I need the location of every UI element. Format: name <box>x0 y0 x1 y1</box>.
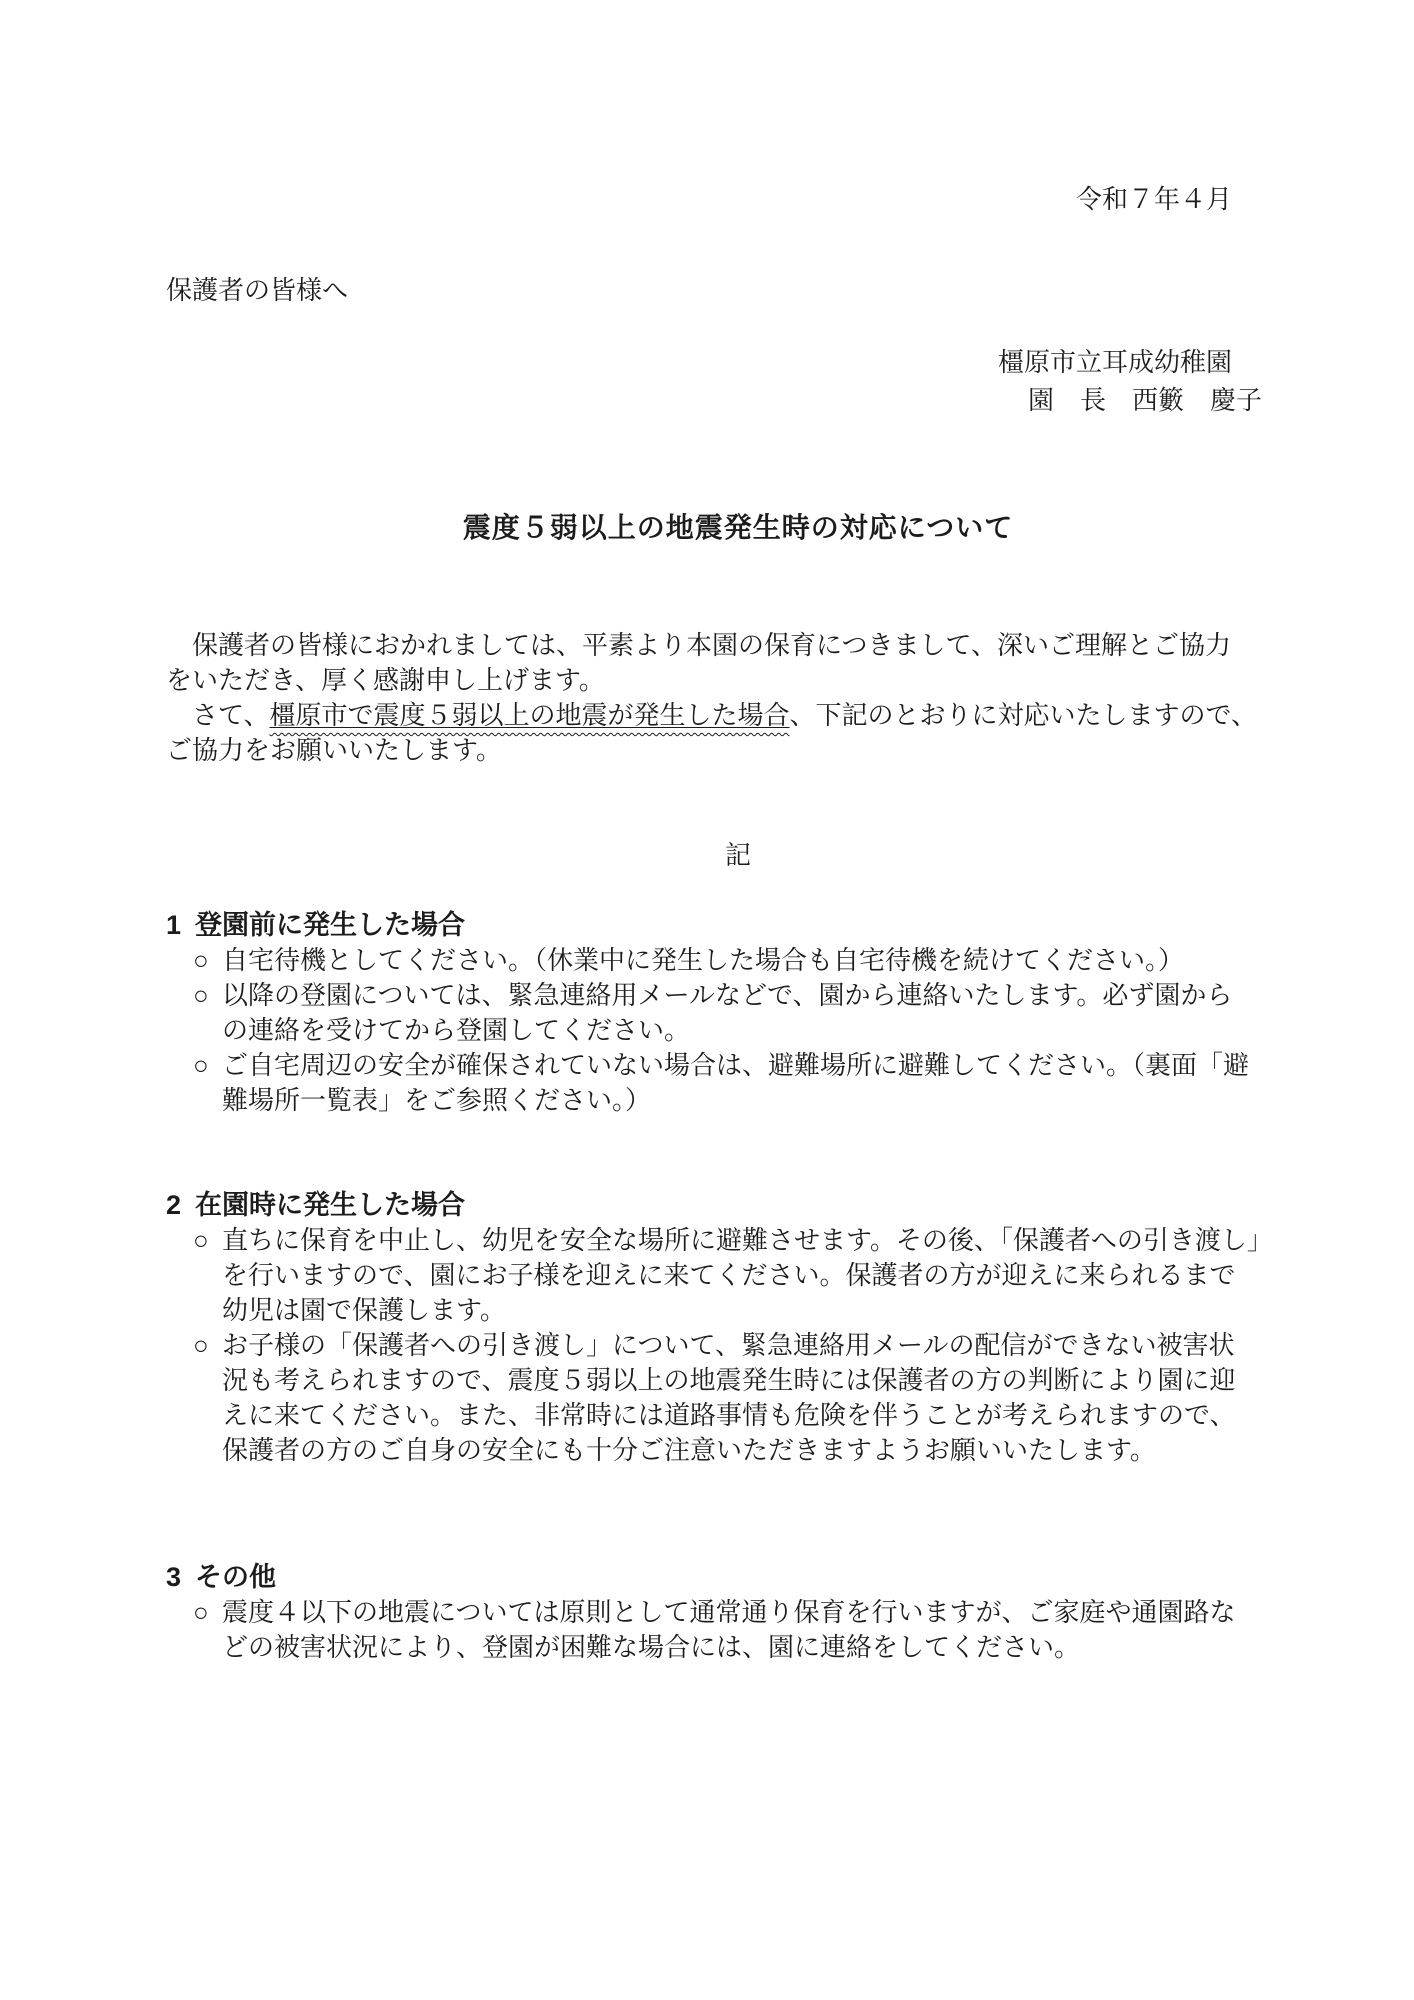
bullet-text: 保護者の方のご自身の安全にも十分ご注意いただきますようお願いいたします。 <box>166 1433 1310 1468</box>
section-heading: 3その他 <box>166 1560 1310 1595</box>
circle-bullet-marker: ○ <box>193 943 222 978</box>
circle-bullet-marker: ○ <box>193 1595 222 1630</box>
bullet-text: 以降の登園については、緊急連絡用メールなどで、園から連絡いたします。必ず園から <box>222 981 1232 1010</box>
section-number: 3 <box>166 1560 195 1595</box>
section-heading: 2在園時に発生した場合 <box>166 1188 1310 1223</box>
bullet-text: 況も考えられますので、震度５弱以上の地震発生時には保護者の方の判断により園に迎 <box>166 1363 1310 1398</box>
date: 令和７年４月 <box>166 182 1310 217</box>
bullet-item: ○以降の登園については、緊急連絡用メールなどで、園から連絡いたします。必ず園から… <box>166 978 1310 1048</box>
record-mark: 記 <box>166 838 1310 873</box>
sender-block: 橿原市立耳成幼稚園 園 長 西籔 慶子 <box>166 344 1310 420</box>
bullet-item: ○お子様の「保護者への引き渡し」について、緊急連絡用メールの配信ができない被害状… <box>166 1328 1310 1468</box>
section-number: 2 <box>166 1188 195 1223</box>
bullet-text: えに来てください。また、非常時には道路事情も危険を伴うことが考えられますので、 <box>166 1398 1310 1433</box>
intro-line: をいただき、厚く感謝申し上げます。 <box>166 663 1310 698</box>
bullet-text: お子様の「保護者への引き渡し」について、緊急連絡用メールの配信ができない被害状 <box>222 1331 1234 1360</box>
intro-line: さて、橿原市で震度５弱以上の地震が発生した場合、下記のとおりに対応いたしますので… <box>166 698 1310 733</box>
intro-text: 、下記のとおりに対応いたしますので、 <box>790 701 1257 730</box>
section-heading-text: 登園前に発生した場合 <box>195 910 465 940</box>
sender-principal: 園 長 西籔 慶子 <box>166 382 1310 420</box>
bullet-text: ご自宅周辺の安全が確保されていない場合は、避難場所に避難してください。（裏面「避 <box>222 1051 1249 1080</box>
intro-text: さて、 <box>166 701 269 730</box>
section-1: 1登園前に発生した場合 ○自宅待機としてください。（休業中に発生した場合も自宅待… <box>166 908 1310 1118</box>
section-heading: 1登園前に発生した場合 <box>166 908 1310 943</box>
page-title: 震度５弱以上の地震発生時の対応について <box>166 508 1310 548</box>
recipient: 保護者の皆様へ <box>166 273 1310 308</box>
bullet-item: ○自宅待機としてください。（休業中に発生した場合も自宅待機を続けてください。） <box>166 943 1310 978</box>
wavy-underlined-phrase: 橿原市で震度５弱以上の地震が発生した場合 <box>269 701 789 730</box>
intro-line: ご協力をお願いいたします。 <box>166 733 1310 768</box>
bullet-text: 幼児は園で保護します。 <box>166 1293 1310 1328</box>
section-number: 1 <box>166 908 195 943</box>
circle-bullet-marker: ○ <box>193 1048 222 1083</box>
document-page: 令和７年４月 保護者の皆様へ 橿原市立耳成幼稚園 園 長 西籔 慶子 震度５弱以… <box>0 0 1414 2000</box>
sender-organization: 橿原市立耳成幼稚園 <box>166 344 1310 382</box>
circle-bullet-marker: ○ <box>193 978 222 1013</box>
circle-bullet-marker: ○ <box>193 1328 222 1363</box>
intro-paragraphs: 保護者の皆様におかれましては、平素より本園の保育につきまして、深いご理解とご協力… <box>166 628 1310 768</box>
circle-bullet-marker: ○ <box>193 1223 222 1258</box>
bullet-text: 直ちに保育を中止し、幼児を安全な場所に避難させます。その後、「保護者への引き渡し… <box>222 1226 1273 1255</box>
bullet-text: どの被害状況により、登園が困難な場合には、園に連絡をしてください。 <box>166 1630 1310 1665</box>
section-heading-text: 在園時に発生した場合 <box>195 1190 465 1220</box>
section-3: 3その他 ○震度４以下の地震については原則として通常通り保育を行いますが、ご家庭… <box>166 1560 1310 1665</box>
bullet-text: 自宅待機としてください。（休業中に発生した場合も自宅待機を続けてください。） <box>222 946 1184 975</box>
section-heading-text: その他 <box>195 1562 276 1592</box>
bullet-text: の連絡を受けてから登園してください。 <box>166 1013 1310 1048</box>
bullet-text: 震度４以下の地震については原則として通常通り保育を行いますが、ご家庭や通園路な <box>222 1598 1235 1627</box>
section-2: 2在園時に発生した場合 ○直ちに保育を中止し、幼児を安全な場所に避難させます。そ… <box>166 1188 1310 1468</box>
bullet-item: ○震度４以下の地震については原則として通常通り保育を行いますが、ご家庭や通園路な… <box>166 1595 1310 1665</box>
bullet-text: を行いますので、園にお子様を迎えに来てください。保護者の方が迎えに来られるまで <box>166 1258 1310 1293</box>
bullet-item: ○直ちに保育を中止し、幼児を安全な場所に避難させます。その後、「保護者への引き渡… <box>166 1223 1310 1328</box>
bullet-item: ○ご自宅周辺の安全が確保されていない場合は、避難場所に避難してください。（裏面「… <box>166 1048 1310 1118</box>
underlined-phrase-text: 橿原市で震度５弱以上の地震が発生した場合 <box>269 701 789 730</box>
intro-line: 保護者の皆様におかれましては、平素より本園の保育につきまして、深いご理解とご協力 <box>166 628 1310 663</box>
bullet-text: 難場所一覧表」をご参照ください。） <box>166 1083 1310 1118</box>
